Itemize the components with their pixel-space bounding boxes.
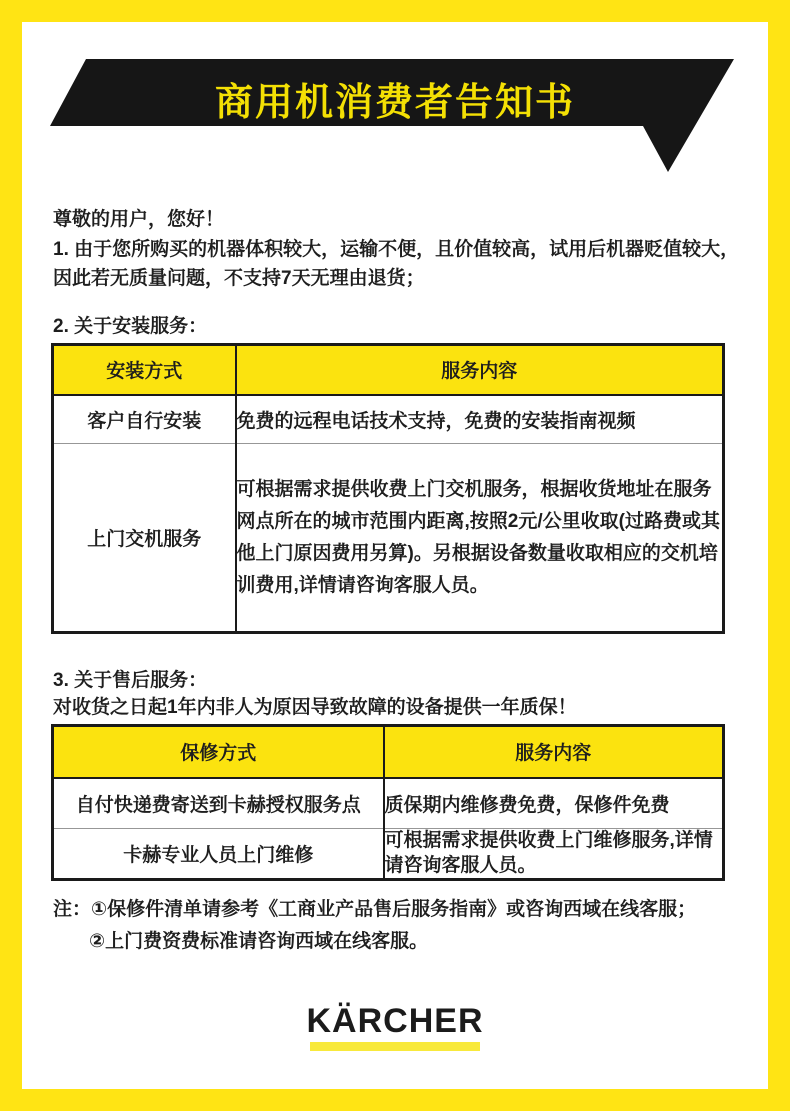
install-table-header-row: 安装方式 服务内容 [53,345,724,395]
section-heading-aftersale: 3. 关于售后服务： [53,665,207,692]
warranty-table-header-row: 保修方式 服务内容 [53,726,724,778]
warranty-row2-content: 可根据需求提供收费上门维修服务,详情请咨询客服人员。 [384,829,724,880]
intro-paragraph: 尊敬的用户，您好！ 1. 由于您所购买的机器体积较大，运输不便，且价值较高，试用… [53,205,745,294]
warranty-row1-method: 自付快递费寄送到卡赫授权服务点 [53,778,384,829]
section-heading-install: 2. 关于安装服务： [53,311,207,338]
footnotes: 注：①保修件清单请参考《工商业产品售后服务指南》或咨询西域在线客服； ②上门费资… [53,894,745,958]
install-row2-method: 上门交机服务 [53,444,236,633]
table-row: 上门交机服务 可根据需求提供收费上门交机服务，根据收货地址在服务网点所在的城市范… [53,444,724,633]
warranty-header-content: 服务内容 [384,726,724,778]
install-row1-method: 客户自行安装 [53,395,236,444]
footnote-label: 注： [53,899,91,920]
aftersale-subheading: 对收货之日起1年内非人为原因导致故障的设备提供一年质保！ [53,692,577,719]
footnote-item-1: ①保修件清单请参考《工商业产品售后服务指南》或咨询西域在线客服； [91,899,696,920]
intro-line-2: 因此若无质量问题，不支持7天无理由退货； [53,264,745,294]
page-title: 商用机消费者告知书 [0,71,790,126]
warranty-row1-content: 质保期内维修费免费，保修件免费 [384,778,724,829]
footnote-item-2: ②上门费资费标准请咨询西域在线客服。 [89,931,428,952]
table-row: 自付快递费寄送到卡赫授权服务点 质保期内维修费免费，保修件免费 [53,778,724,829]
install-row1-content: 免费的远程电话技术支持，免费的安装指南视频 [236,395,724,444]
intro-line-1: 1. 由于您所购买的机器体积较大，运输不便，且价值较高，试用后机器贬值较大， [53,235,745,265]
warranty-row2-method: 卡赫专业人员上门维修 [53,829,384,880]
warranty-header-method: 保修方式 [53,726,384,778]
footnote-line-2: ②上门费资费标准请咨询西域在线客服。 [53,926,745,958]
install-row2-content: 可根据需求提供收费上门交机服务，根据收货地址在服务网点所在的城市范围内距离,按照… [236,444,724,633]
footnote-line-1: 注：①保修件清单请参考《工商业产品售后服务指南》或咨询西域在线客服； [53,894,745,926]
install-header-content: 服务内容 [236,345,724,395]
install-table: 安装方式 服务内容 客户自行安装 免费的远程电话技术支持，免费的安装指南视频 上… [51,343,725,634]
table-row: 客户自行安装 免费的远程电话技术支持，免费的安装指南视频 [53,395,724,444]
logo-underline-bar [310,1042,480,1051]
brand-logo: KÄRCHER [0,1002,790,1041]
install-header-method: 安装方式 [53,345,236,395]
intro-greeting: 尊敬的用户，您好！ [53,205,745,235]
table-row: 卡赫专业人员上门维修 可根据需求提供收费上门维修服务,详情请咨询客服人员。 [53,829,724,880]
warranty-table: 保修方式 服务内容 自付快递费寄送到卡赫授权服务点 质保期内维修费免费，保修件免… [51,724,725,881]
